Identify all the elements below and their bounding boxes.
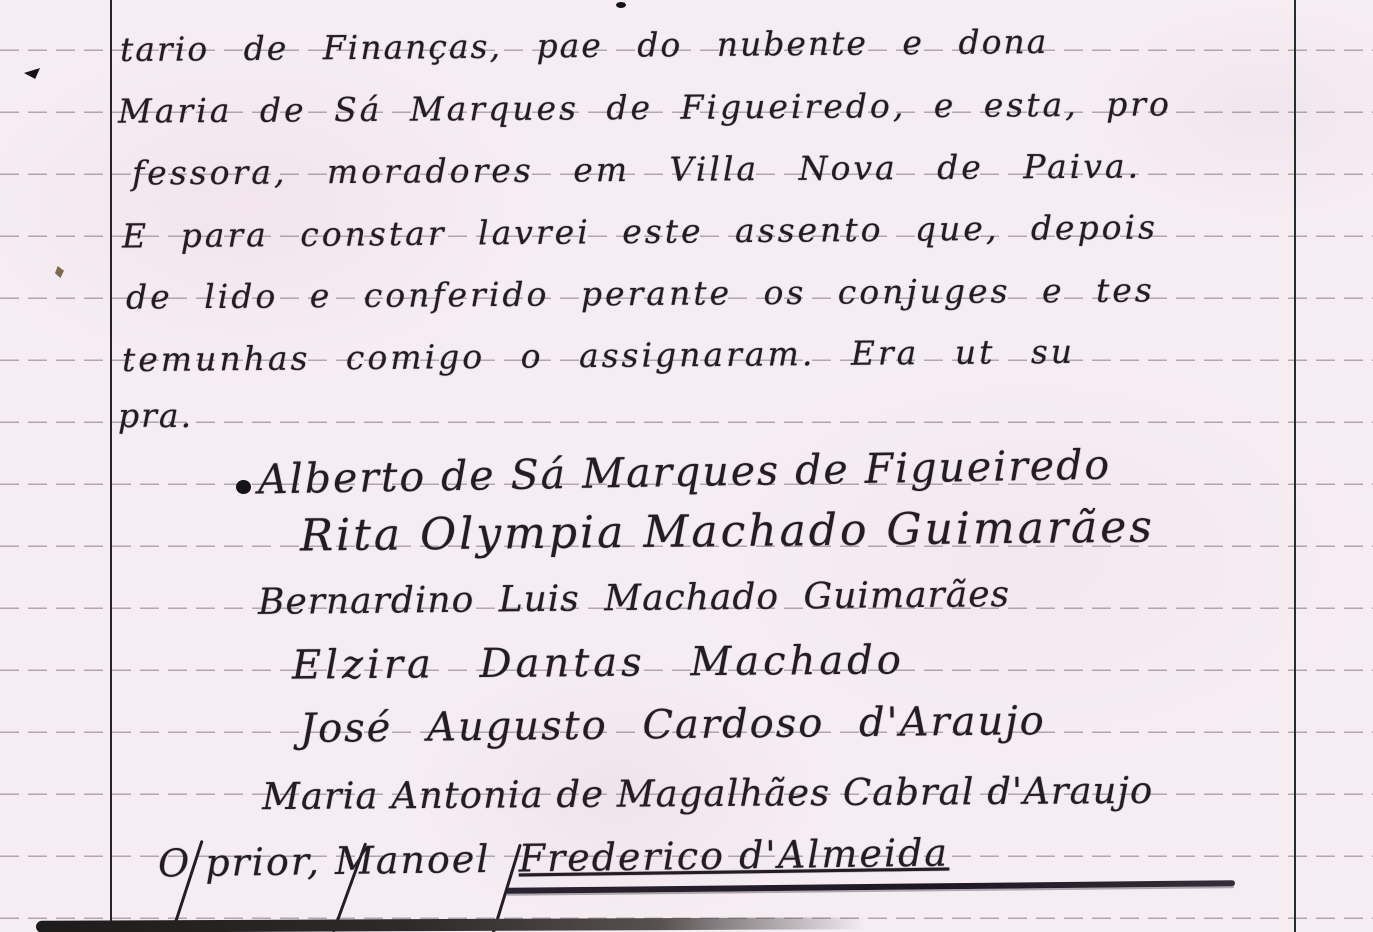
officiant-prefix: O prior, Manoel [158,837,491,886]
body-line-3: fessora, moradores em Villa Nova de Paiv… [132,146,1141,192]
signature-witness-4: Maria Antonia de Magalhães Cabral d'Arau… [262,769,1153,818]
body-line-2: Maria de Sá Marques de Figueiredo, e est… [118,84,1172,130]
manuscript-page: tario de Finanças, pae do nubente e dona… [0,0,1373,932]
ink-blot [236,480,251,494]
body-line-5: de lido e conferido perante os conjuges … [126,270,1155,316]
body-line-1: tario de Finanças, pae do nubente e dona [120,22,1049,69]
signature-witness-2: Elzira Dantas Machado [292,637,905,688]
officiant-name: Frederico d'Almeida [518,830,949,880]
signature-witness-3: José Augusto Cardoso d'Araujo [300,698,1046,752]
left-margin-line [110,0,112,932]
right-margin-line [1294,0,1296,932]
body-line-7: pra. [118,396,193,435]
body-line-6: temunhas comigo o assignaram. Era ut su [122,332,1075,379]
signature-bride: Rita Olympia Machado Guimarães [300,502,1155,562]
signature-witness-1: Bernardino Luis Machado Guimarães [258,574,1010,623]
paper-speck-top [616,2,626,8]
